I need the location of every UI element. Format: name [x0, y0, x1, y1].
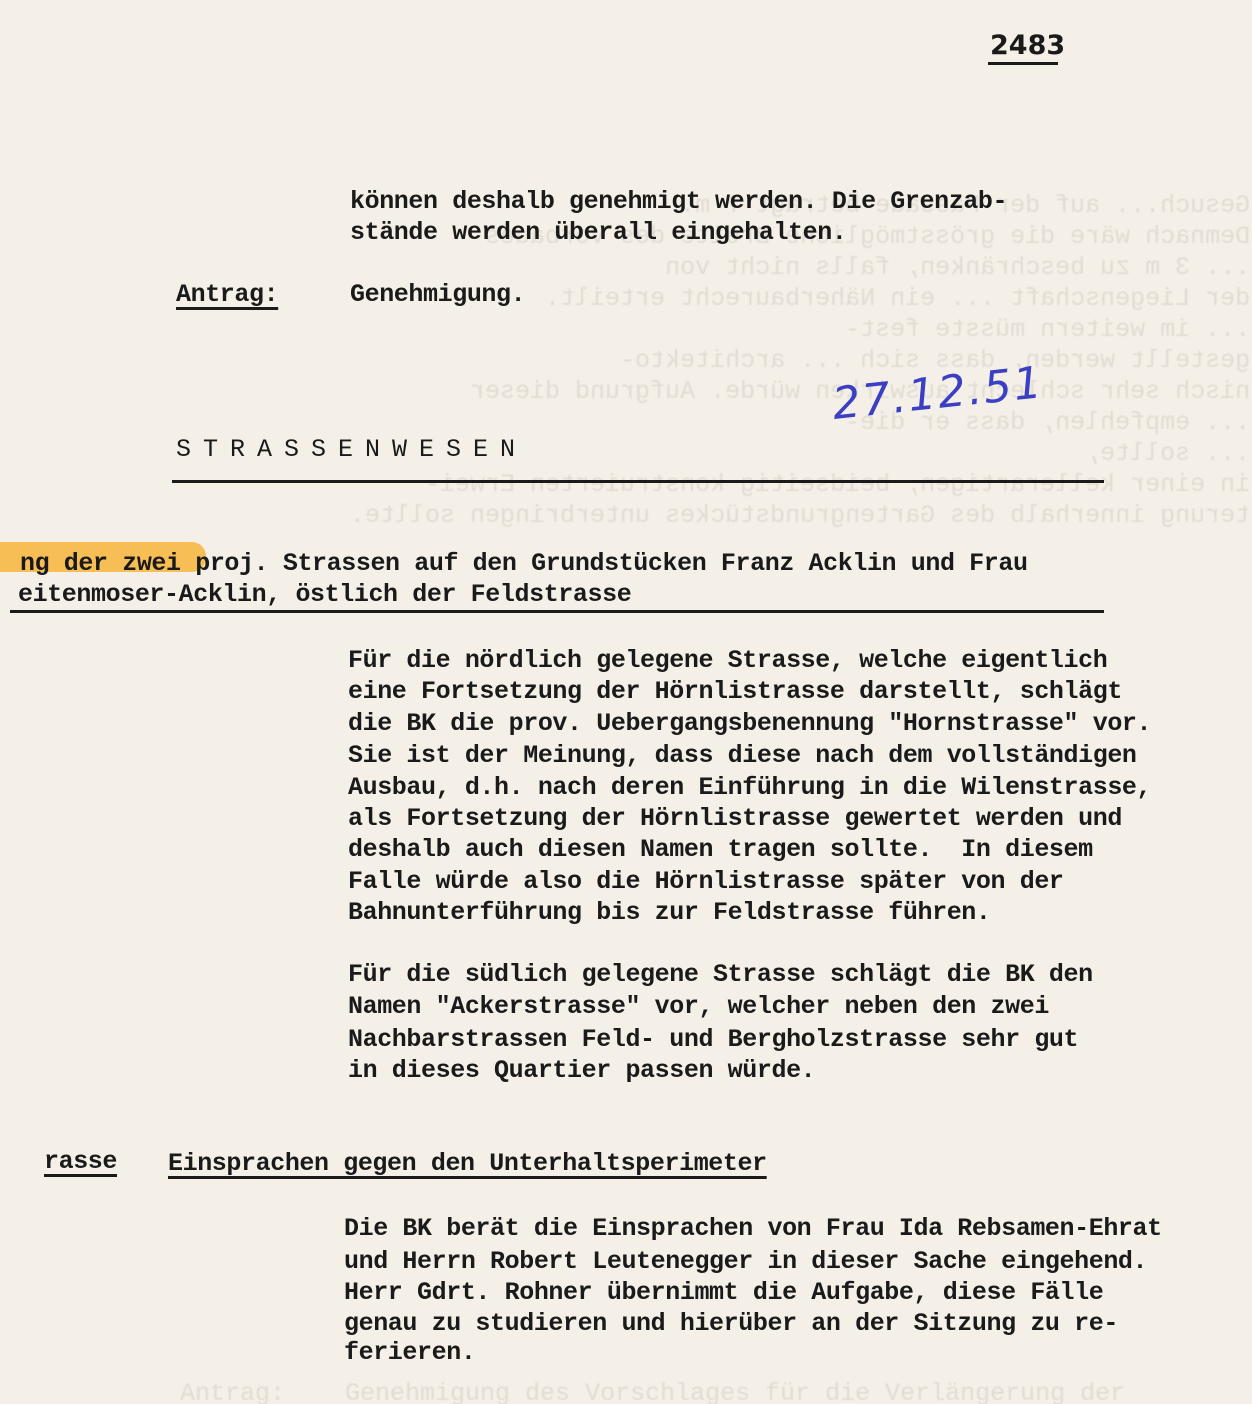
antrag-value: Genehmigung.	[350, 279, 525, 310]
section-heading: STRASSENWESEN	[176, 434, 527, 465]
text-line: genau zu studieren und hierüber an der S…	[344, 1308, 1118, 1339]
bleed-through-footer: Antrag: Genehmigung des Vorschlages für …	[180, 1378, 1125, 1404]
document-page: Gesuch... auf der Fassade beträgt 7 m. D…	[0, 0, 1252, 1404]
text-line: eine Fortsetzung der Hörnlistrasse darst…	[348, 676, 1122, 707]
page-number: 2483	[990, 30, 1065, 61]
text-line: Die BK berät die Einsprachen von Frau Id…	[344, 1213, 1162, 1244]
text-line: Herr Gdrt. Rohner übernimmt die Aufgabe,…	[344, 1277, 1103, 1308]
item1-title-line-2: eitenmoser-Acklin, östlich der Feldstras…	[18, 579, 631, 610]
item1-title-line-1: ng der zwei proj. Strassen auf den Grund…	[20, 548, 1028, 579]
text-line: als Fortsetzung der Hörnlistrasse gewert…	[348, 803, 1122, 834]
item1-title-rule	[10, 610, 1104, 613]
antrag-label: Antrag:	[176, 279, 278, 310]
text-line: Für die südlich gelegene Strasse schlägt…	[348, 959, 1093, 990]
text-line: die BK die prov. Uebergangsbenennung "Ho…	[348, 708, 1151, 739]
text-line: in dieses Quartier passen würde.	[348, 1055, 815, 1086]
text-line: und Herrn Robert Leutenegger in dieser S…	[344, 1246, 1147, 1277]
text-line: deshalb auch diesen Namen tragen sollte.…	[348, 834, 1093, 865]
text-line: Falle würde also die Hörnlistrasse späte…	[348, 866, 1064, 897]
text-line: Namen "Ackerstrasse" vor, welcher neben …	[348, 991, 1049, 1022]
page-number-underline	[988, 62, 1058, 65]
text-line: ferieren.	[344, 1337, 475, 1368]
text-line: Ausbau, d.h. nach deren Einführung in di…	[348, 772, 1151, 803]
intro-line-1: können deshalb genehmigt werden. Die Gre…	[350, 186, 1007, 217]
text-line: Bahnunterführung bis zur Feldstrasse füh…	[348, 897, 991, 928]
intro-line-2: stände werden überall eingehalten.	[350, 217, 846, 248]
text-line: Sie ist der Meinung, dass diese nach dem…	[348, 740, 1137, 771]
text-line: Nachbarstrassen Feld- und Bergholzstrass…	[348, 1024, 1078, 1055]
item2-title: Einsprachen gegen den Unterhaltsperimete…	[168, 1148, 767, 1179]
section-heading-rule	[172, 480, 1104, 483]
item2-side-label: rasse	[44, 1146, 117, 1177]
text-line: Für die nördlich gelegene Strasse, welch…	[348, 645, 1107, 676]
